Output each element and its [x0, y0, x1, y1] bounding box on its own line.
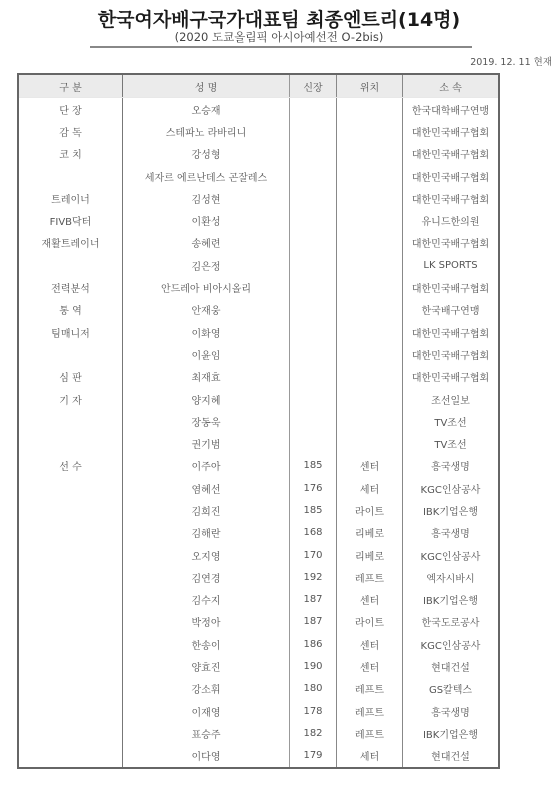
cell-name: 양지혜: [123, 388, 290, 410]
cell-affiliation: LK SPORTS: [403, 254, 500, 276]
cell-position: [337, 232, 403, 254]
cell-height: [290, 209, 337, 231]
cell-affiliation: 대한민국배구협회: [403, 343, 500, 365]
cell-category: 코 치: [18, 143, 123, 165]
table-row: 팀매니저이화영대한민국배구협회: [18, 321, 499, 343]
cell-height: [290, 143, 337, 165]
cell-position: [337, 321, 403, 343]
table-row: 트레이너김성현대한민국배구협회: [18, 187, 499, 209]
cell-height: 178: [290, 700, 337, 722]
cell-category: [18, 700, 123, 722]
table-row: 감 독스테파노 라바리니대한민국배구협회: [18, 120, 499, 142]
cell-category: [18, 566, 123, 588]
cell-name: 최재효: [123, 366, 290, 388]
table-row: 김은정LK SPORTS: [18, 254, 499, 276]
cell-name: 송혜련: [123, 232, 290, 254]
cell-height: [290, 254, 337, 276]
table-row: 염혜선176세터KGC인삼공사: [18, 477, 499, 499]
cell-category: [18, 343, 123, 365]
table-row: FIVB닥터이환성유니드한의원: [18, 209, 499, 231]
cell-affiliation: 엑자시바시: [403, 566, 500, 588]
cell-height: [290, 187, 337, 209]
cell-height: 186: [290, 633, 337, 655]
cell-category: [18, 499, 123, 521]
cell-affiliation: IBK기업은행: [403, 589, 500, 611]
cell-name: 이환성: [123, 209, 290, 231]
cell-position: [337, 366, 403, 388]
cell-name: 이다영: [123, 745, 290, 768]
title-divider: [90, 46, 472, 48]
cell-name: 장동욱: [123, 410, 290, 432]
cell-position: 리베로: [337, 544, 403, 566]
cell-height: 170: [290, 544, 337, 566]
cell-position: 센터: [337, 633, 403, 655]
cell-height: 185: [290, 455, 337, 477]
cell-affiliation: 대한민국배구협회: [403, 120, 500, 142]
cell-height: [290, 165, 337, 187]
cell-name: 김수지: [123, 589, 290, 611]
document-title: 한국여자배구국가대표팀 최종엔트리(14명): [0, 5, 558, 32]
cell-affiliation: 조선일보: [403, 388, 500, 410]
cell-affiliation: 유니드한의원: [403, 209, 500, 231]
as-of-date: 2019. 12. 11 현재: [470, 54, 552, 68]
table-row: 통 역안재웅한국배구연맹: [18, 299, 499, 321]
cell-position: 리베로: [337, 522, 403, 544]
table-row: 김수지187센터IBK기업은행: [18, 589, 499, 611]
cell-height: [290, 388, 337, 410]
cell-position: [337, 276, 403, 298]
cell-height: [290, 98, 337, 121]
cell-height: 187: [290, 611, 337, 633]
cell-position: [337, 165, 403, 187]
table-row: 장동욱TV조선: [18, 410, 499, 432]
cell-name: 김해란: [123, 522, 290, 544]
column-header-category: 구 분: [18, 74, 123, 98]
cell-category: [18, 254, 123, 276]
cell-height: [290, 299, 337, 321]
cell-category: FIVB닥터: [18, 209, 123, 231]
cell-height: 182: [290, 722, 337, 744]
cell-affiliation: GS칼텍스: [403, 678, 500, 700]
cell-height: [290, 366, 337, 388]
cell-category: [18, 432, 123, 454]
cell-name: 권기범: [123, 432, 290, 454]
table-row: 심 판최재효대한민국배구협회: [18, 366, 499, 388]
cell-category: 전력분석: [18, 276, 123, 298]
table-row: 재활트레이너송혜련대한민국배구협회: [18, 232, 499, 254]
cell-height: 190: [290, 655, 337, 677]
cell-position: 레프트: [337, 700, 403, 722]
cell-name: 김연경: [123, 566, 290, 588]
cell-name: 양효진: [123, 655, 290, 677]
cell-category: 선 수: [18, 455, 123, 477]
cell-height: 187: [290, 589, 337, 611]
cell-category: [18, 678, 123, 700]
cell-position: [337, 187, 403, 209]
cell-category: [18, 722, 123, 744]
cell-category: 기 자: [18, 388, 123, 410]
table-row: 이윤임대한민국배구협회: [18, 343, 499, 365]
column-header-position: 위치: [337, 74, 403, 98]
cell-position: 센터: [337, 655, 403, 677]
cell-category: 트레이너: [18, 187, 123, 209]
cell-position: [337, 120, 403, 142]
table-header: 구 분 성 명 신장 위치 소 속: [18, 74, 499, 98]
table-row: 표승주182레프트IBK기업은행: [18, 722, 499, 744]
cell-name: 세자르 에르난데스 곤잘레스: [123, 165, 290, 187]
column-header-name: 성 명: [123, 74, 290, 98]
table-row: 김희진185라이트IBK기업은행: [18, 499, 499, 521]
cell-height: [290, 410, 337, 432]
table-row: 오지영170리베로KGC인삼공사: [18, 544, 499, 566]
cell-height: [290, 343, 337, 365]
cell-category: [18, 745, 123, 768]
cell-affiliation: KGC인삼공사: [403, 633, 500, 655]
cell-name: 한송이: [123, 633, 290, 655]
cell-height: [290, 432, 337, 454]
cell-name: 안드레아 비아시올리: [123, 276, 290, 298]
cell-position: 세터: [337, 745, 403, 768]
cell-affiliation: 대한민국배구협회: [403, 366, 500, 388]
cell-name: 강소휘: [123, 678, 290, 700]
cell-height: 179: [290, 745, 337, 768]
cell-category: [18, 522, 123, 544]
cell-height: 192: [290, 566, 337, 588]
cell-affiliation: 대한민국배구협회: [403, 143, 500, 165]
table-row: 김해란168리베로흥국생명: [18, 522, 499, 544]
cell-affiliation: 대한민국배구협회: [403, 276, 500, 298]
cell-position: [337, 343, 403, 365]
table-row: 강소휘180레프트GS칼텍스: [18, 678, 499, 700]
cell-affiliation: TV조선: [403, 410, 500, 432]
cell-position: 세터: [337, 477, 403, 499]
cell-category: 팀매니저: [18, 321, 123, 343]
entry-table: 구 분 성 명 신장 위치 소 속 단 장오승재한국대학배구연맹감 독스테파노 …: [17, 73, 500, 769]
cell-height: 180: [290, 678, 337, 700]
table-row: 선 수이주아185센터흥국생명: [18, 455, 499, 477]
table-row: 이다영179세터현대건설: [18, 745, 499, 768]
cell-affiliation: 흥국생명: [403, 455, 500, 477]
cell-name: 표승주: [123, 722, 290, 744]
cell-height: 168: [290, 522, 337, 544]
header-row: 구 분 성 명 신장 위치 소 속: [18, 74, 499, 98]
cell-position: [337, 299, 403, 321]
cell-position: 레프트: [337, 566, 403, 588]
table-row: 기 자양지혜조선일보: [18, 388, 499, 410]
cell-name: 이윤임: [123, 343, 290, 365]
cell-affiliation: KGC인삼공사: [403, 477, 500, 499]
cell-affiliation: KGC인삼공사: [403, 544, 500, 566]
cell-position: [337, 143, 403, 165]
cell-name: 강성형: [123, 143, 290, 165]
cell-position: [337, 209, 403, 231]
cell-affiliation: 대한민국배구협회: [403, 187, 500, 209]
table-row: 김연경192레프트엑자시바시: [18, 566, 499, 588]
cell-category: [18, 611, 123, 633]
cell-height: [290, 321, 337, 343]
cell-category: 심 판: [18, 366, 123, 388]
cell-affiliation: IBK기업은행: [403, 499, 500, 521]
cell-height: [290, 276, 337, 298]
table-body: 단 장오승재한국대학배구연맹감 독스테파노 라바리니대한민국배구협회코 치강성형…: [18, 98, 499, 768]
document-subtitle: (2020 도쿄올림픽 아시아예선전 O-2bis): [0, 29, 558, 45]
cell-affiliation: 한국도로공사: [403, 611, 500, 633]
cell-affiliation: 한국대학배구연맹: [403, 98, 500, 121]
cell-category: [18, 655, 123, 677]
cell-height: [290, 120, 337, 142]
cell-position: 레프트: [337, 678, 403, 700]
cell-affiliation: 흥국생명: [403, 522, 500, 544]
cell-category: [18, 165, 123, 187]
column-header-height: 신장: [290, 74, 337, 98]
cell-affiliation: 현대건설: [403, 655, 500, 677]
cell-name: 이주아: [123, 455, 290, 477]
table-row: 전력분석안드레아 비아시올리대한민국배구협회: [18, 276, 499, 298]
table-row: 양효진190센터현대건설: [18, 655, 499, 677]
cell-position: 라이트: [337, 611, 403, 633]
cell-category: 감 독: [18, 120, 123, 142]
table-row: 박정아187라이트한국도로공사: [18, 611, 499, 633]
table-row: 단 장오승재한국대학배구연맹: [18, 98, 499, 121]
cell-position: [337, 254, 403, 276]
table-row: 이재영178레프트흥국생명: [18, 700, 499, 722]
cell-category: [18, 477, 123, 499]
cell-category: 재활트레이너: [18, 232, 123, 254]
cell-name: 오승재: [123, 98, 290, 121]
cell-affiliation: 대한민국배구협회: [403, 165, 500, 187]
cell-affiliation: 대한민국배구협회: [403, 321, 500, 343]
cell-name: 김성현: [123, 187, 290, 209]
table-row: 권기범TV조선: [18, 432, 499, 454]
cell-position: 센터: [337, 455, 403, 477]
table-row: 세자르 에르난데스 곤잘레스대한민국배구협회: [18, 165, 499, 187]
table-row: 한송이186센터KGC인삼공사: [18, 633, 499, 655]
cell-position: [337, 98, 403, 121]
cell-category: 통 역: [18, 299, 123, 321]
cell-name: 안재웅: [123, 299, 290, 321]
cell-name: 오지영: [123, 544, 290, 566]
cell-name: 박정아: [123, 611, 290, 633]
cell-position: 라이트: [337, 499, 403, 521]
cell-affiliation: 대한민국배구협회: [403, 232, 500, 254]
cell-name: 스테파노 라바리니: [123, 120, 290, 142]
cell-name: 이화영: [123, 321, 290, 343]
cell-height: 176: [290, 477, 337, 499]
cell-affiliation: 한국배구연맹: [403, 299, 500, 321]
cell-position: [337, 388, 403, 410]
cell-name: 이재영: [123, 700, 290, 722]
cell-position: 레프트: [337, 722, 403, 744]
cell-category: [18, 410, 123, 432]
cell-category: [18, 544, 123, 566]
cell-position: [337, 432, 403, 454]
cell-category: [18, 589, 123, 611]
cell-position: [337, 410, 403, 432]
cell-height: 185: [290, 499, 337, 521]
cell-category: [18, 633, 123, 655]
cell-position: 센터: [337, 589, 403, 611]
cell-affiliation: TV조선: [403, 432, 500, 454]
cell-name: 김은정: [123, 254, 290, 276]
table-row: 코 치강성형대한민국배구협회: [18, 143, 499, 165]
cell-affiliation: 흥국생명: [403, 700, 500, 722]
cell-category: 단 장: [18, 98, 123, 121]
cell-affiliation: IBK기업은행: [403, 722, 500, 744]
column-header-affiliation: 소 속: [403, 74, 500, 98]
cell-affiliation: 현대건설: [403, 745, 500, 768]
cell-name: 염혜선: [123, 477, 290, 499]
cell-height: [290, 232, 337, 254]
cell-name: 김희진: [123, 499, 290, 521]
